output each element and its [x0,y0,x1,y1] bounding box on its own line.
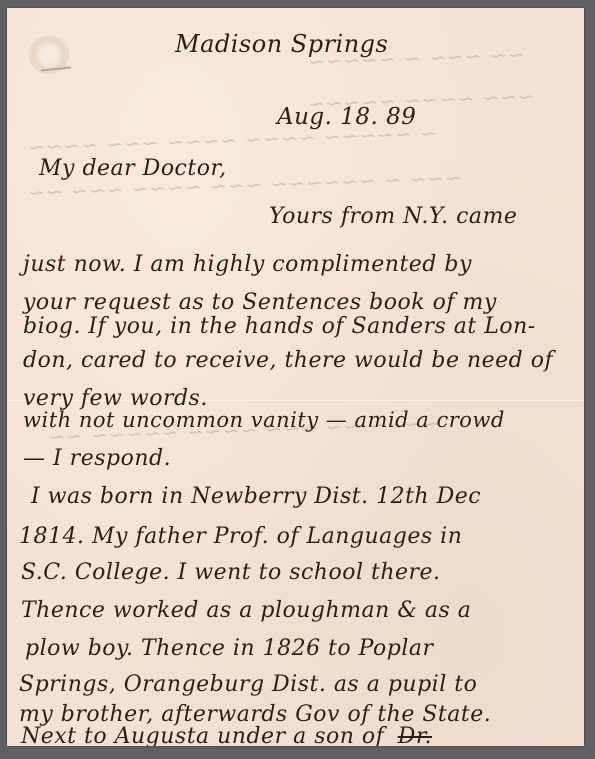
letter-line-text: Next to Augusta under a son of [21,724,384,746]
letter-line: biog. If you, in the hands of Sanders at… [23,314,536,339]
letter-line: Thence worked as a ploughman & as a [21,598,471,623]
letter-line: don, cared to receive, there would be ne… [23,348,553,373]
letter-line: 1814. My father Prof. of Languages in [19,524,462,549]
letter-salutation: My dear Doctor, [39,156,227,181]
letter-line: plow boy. Thence in 1826 to Poplar [25,636,434,661]
struck-word: Dr. [398,724,432,746]
letter-date: Aug. 18. 89 [277,104,416,130]
letter-line: just now. I am highly complimented by [23,252,472,277]
letter-line: — I respond. [23,446,171,471]
letter-line: your request as to Sentences book of my [23,290,497,315]
letter-line: S.C. College. I went to school there. [21,560,441,585]
letter-line: Springs, Orangeburg Dist. as a pupil to [19,672,477,697]
letter-place: Madison Springs [175,30,388,58]
letter-line: Next to Augusta under a son of Dr. [21,724,432,746]
letter-line: Yours from N.Y. came [269,204,517,229]
letter-line: I was born in Newberry Dist. 12th Dec [31,484,481,509]
letter-line: with not uncommon vanity — amid a crowd [23,408,505,432]
letter-page: ~~ ~~~ ~ ~~~~~ ~~~ ~~~~ ~~~~~ ~ ~~~~~ ~~… [7,8,584,746]
